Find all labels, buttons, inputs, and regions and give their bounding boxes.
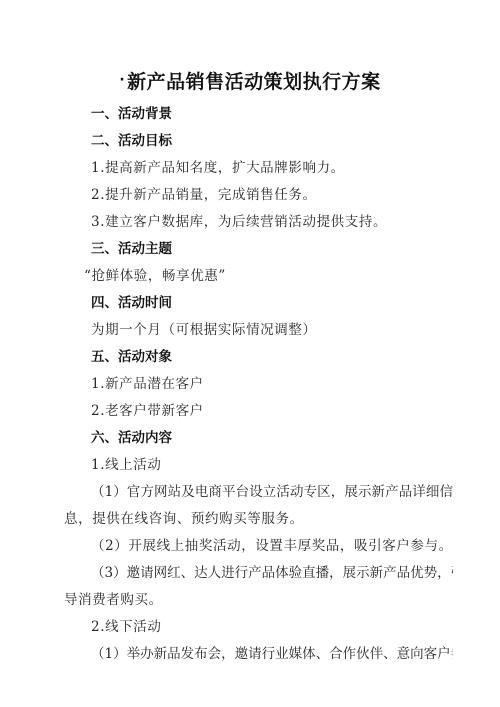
audience-item-1: 1.新产品潜在客户 [64,374,453,394]
heading-time: 四、活动时间 [64,293,453,313]
title-bullet-dot: · [119,72,125,88]
online-item-3-line-1: （3）邀请网红、达人进行产品体验直播，展示新产品优势，引 [64,563,453,583]
goal-item-3: 3.建立客户数据库，为后续营销活动提供支持。 [64,212,453,232]
heading-theme: 三、活动主题 [64,239,453,259]
offline-item-1-line-1: （1）举办新品发布会，邀请行业媒体、合作伙伴、意向客户参 [64,644,453,664]
online-item-3-line-2: 导消费者购买。 [64,590,426,610]
online-item-1-line-2: 息，提供在线咨询、预约购买等服务。 [64,509,426,529]
online-item-1-line-1: （1）官方网站及电商平台设立活动专区，展示新产品详细信 [64,482,453,502]
document-title: ·新产品销售活动策划执行方案 [0,68,500,96]
online-activities-label: 1.线上活动 [64,455,453,475]
heading-goals: 二、活动目标 [64,131,453,151]
online-item-2: （2）开展线上抽奖活动，设置丰厚奖品，吸引客户参与。 [64,536,453,556]
heading-background: 一、活动背景 [64,104,453,124]
time-text: 为期一个月（可根据实际情况调整） [64,320,453,340]
title-text: 新产品销售活动策划执行方案 [127,71,381,93]
offline-activities-label: 2.线下活动 [64,617,453,637]
document-page: ·新产品销售活动策划执行方案 一、活动背景 二、活动目标 1.提高新产品知名度，… [0,0,500,707]
audience-item-2: 2.老客户带新客户 [64,401,453,421]
heading-audience: 五、活动对象 [64,347,453,367]
goal-item-1: 1.提高新产品知名度，扩大品牌影响力。 [64,158,453,178]
theme-slogan: “抢鲜体验，畅享优惠” [64,266,446,286]
heading-content: 六、活动内容 [64,428,453,448]
goal-item-2: 2.提升新产品销量，完成销售任务。 [64,185,453,205]
